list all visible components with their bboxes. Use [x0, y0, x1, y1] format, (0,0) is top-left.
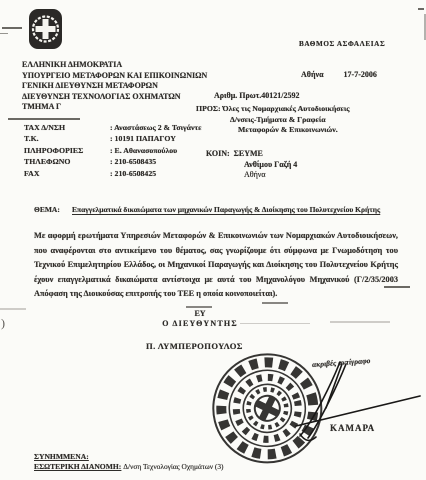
subject-text: Επαγγελματικά δικαιώματα των μηχανικών Π…	[72, 205, 380, 214]
cc-line: ΚΟΙΝ: ΣΕΥΜΕ	[206, 149, 297, 160]
scan-artifact-paren: )	[1, 316, 5, 331]
agency-line: ΤΜΗΜΑ Γ	[22, 102, 207, 113]
recipients-cc-block: ΚΟΙΝ: ΣΕΥΜΕ Ανθίμου Γαζή 4 Αθήνα	[206, 149, 297, 181]
protocol-line: Αριθμ. Πρωτ.40121/2592	[214, 91, 300, 100]
city-label: Αθήνα	[301, 70, 324, 79]
signature-block: ΕΥ Ο ΔΙΕΥΘΥΝΤΗΣ	[120, 309, 280, 328]
contact-label: ΤΑΧ Δ/ΝΣΗ	[24, 122, 110, 133]
signature-order-line: ΕΥ	[120, 309, 280, 319]
cc-name: ΣΕΥΜΕ	[234, 149, 263, 158]
subject-label: ΘΕΜΑ:	[34, 204, 60, 215]
contact-value: : 10191 ΠΑΠΑΓΟΥ	[110, 133, 176, 144]
agency-line: ΕΛΛΗΝΙΚΗ ΔΗΜΟΚΡΑΤΙΑ	[22, 60, 207, 71]
separator-line	[8, 118, 80, 120]
recipients-to-block: ΠΡΟΣ: Όλες τις Νομαρχιακές Αυτοδιοικήσει…	[196, 104, 350, 136]
agency-header: ΕΛΛΗΝΙΚΗ ΔΗΜΟΚΡΑΤΙΑ ΥΠΟΥΡΓΕΙΟ ΜΕΤΑΦΟΡΩΝ …	[22, 60, 207, 113]
distribution-label: ΕΣΩΤΕΡΙΚΗ ΔΙΑΝΟΜΗ:	[34, 462, 121, 471]
to-label: ΠΡΟΣ:	[196, 104, 221, 113]
body-paragraph: Με αφορμή ερωτήματα Υπηρεσιών Μεταφορών …	[34, 229, 398, 302]
handwritten-signature-strokes	[282, 350, 426, 465]
contact-label: ΤΗΛΕΦΩΝΟ	[24, 156, 110, 167]
protocol-number: 40121/2592	[261, 91, 299, 100]
attachments-label: ΣΥΝΗΜΜΕΝΑ:	[34, 452, 224, 462]
contact-row: ΤΗΛΕΦΩΝΟ: 210-6508435	[24, 156, 201, 167]
scan-artifact-dash	[2, 27, 22, 29]
scan-artifact-dash	[418, 8, 424, 10]
contact-value: : Ε. Αθανασοπούλου	[110, 145, 177, 156]
protocol-label: Αριθμ. Πρωτ.	[214, 91, 261, 100]
agency-line: ΔΙΕΥΘΥΝΣΗ ΤΕΧΝΟΛΟΓΙΑΣ ΟΧΗΜΑΤΩΝ	[22, 92, 207, 103]
scan-artifact-dash	[262, 302, 288, 304]
signature-title: Ο ΔΙΕΥΘΥΝΤΗΣ	[120, 319, 280, 329]
scan-artifact-dash	[0, 33, 8, 34]
contact-row: ΤΑΧ Δ/ΝΣΗ: Αναστάσεως 2 & Τσιγάντε	[24, 122, 201, 133]
scanned-letter-page: { "page": { "background": "#fbfbf8", "in…	[0, 0, 426, 480]
distribution-line: ΕΣΩΤΕΡΙΚΗ ΔΙΑΝΟΜΗ: Δ/νση Τεχνολογίας Οχη…	[34, 462, 224, 472]
distribution-value: Δ/νση Τεχνολογίας Οχημάτων (3)	[123, 462, 223, 471]
contact-row: ΠΛΗΡΟΦΟΡΙΕΣ: Ε. Αθανασοπούλου	[24, 145, 201, 156]
contact-value: : 210-6508425	[110, 168, 156, 179]
contact-row: Τ.Κ.: 10191 ΠΑΠΑΓΟΥ	[24, 133, 201, 144]
cc-label: ΚΟΙΝ:	[206, 149, 230, 158]
greek-coat-of-arms-icon	[28, 8, 63, 50]
contact-value: : Αναστάσεως 2 & Τσιγάντε	[110, 122, 201, 133]
contact-label: ΠΛΗΡΟΦΟΡΙΕΣ	[24, 145, 110, 156]
to-line-text: Δ/νσεις-Τμήματα & Γραφεία	[196, 115, 350, 126]
contact-label: Τ.Κ.	[24, 133, 110, 144]
certification-signer-name: ΚΑΜΑΡΑ	[330, 423, 375, 433]
contact-label: FAX	[24, 168, 110, 179]
scan-artifact-dash	[186, 306, 212, 308]
to-line: ΠΡΟΣ: Όλες τις Νομαρχιακές Αυτοδιοικήσει…	[196, 104, 350, 115]
cc-line-text: Αθήνα	[206, 170, 297, 181]
contact-row: FAX: 210-6508425	[24, 168, 201, 179]
letter-date: 17-7-2006	[344, 70, 377, 79]
agency-line: ΥΠΟΥΡΓΕΙΟ ΜΕΤΑΦΟΡΩΝ ΚΑΙ ΕΠΙΚΟΙΝΩΝΙΩΝ	[22, 71, 207, 82]
contact-block: ΤΑΧ Δ/ΝΣΗ: Αναστάσεως 2 & Τσιγάντε Τ.Κ.:…	[24, 122, 201, 179]
scan-artifact-smudge	[0, 308, 26, 310]
signature-name: Π. ΛΥΜΠΕΡΟΠΟΥΛΟΣ	[146, 341, 243, 351]
classification-label: ΒΑΘΜΟΣ ΑΣΦΑΛΕΙΑΣ	[299, 40, 385, 48]
to-line-text: Όλες τις Νομαρχιακές Αυτοδιοικήσεις	[223, 104, 350, 113]
scan-artifact-smudge	[330, 321, 390, 323]
subject-line: ΘΕΜΑ:Επαγγελματικά δικαιώματα των μηχανι…	[34, 204, 410, 215]
footer-block: ΣΥΝΗΜΜΕΝΑ: ΕΣΩΤΕΡΙΚΗ ΔΙΑΝΟΜΗ: Δ/νση Τεχν…	[34, 452, 224, 471]
to-line-text: Μεταφορών & Επικοινωνιών.	[196, 125, 350, 136]
date-line: Αθήνα17-7-2006	[301, 70, 377, 79]
contact-value: : 210-6508435	[110, 156, 156, 167]
cc-line-text: Ανθίμου Γαζή 4	[206, 160, 297, 171]
agency-line: ΓΕΝΙΚΗ ΔΙΕΥΘΥΝΣΗ ΜΕΤΑΦΟΡΩΝ	[22, 81, 207, 92]
